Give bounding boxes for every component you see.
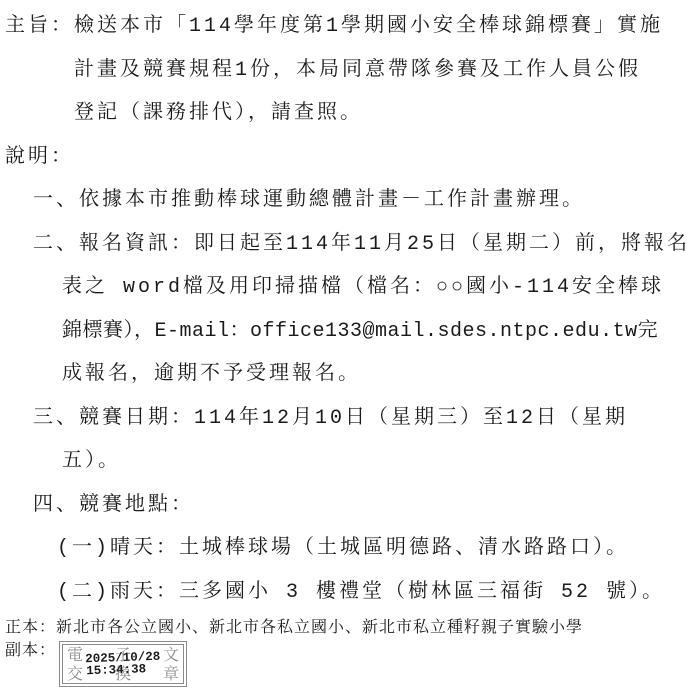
item-4-number: 四、 [33, 494, 79, 517]
original-recipient-row: 正本：新北市各公立國小、新北市各私立國小、新北市私立種籽親子實驗小學 [5, 617, 700, 640]
item-2-text-line-1: 報名資訊：即日起至114年11月25日（星期二）前，將報名 [79, 233, 690, 256]
subject-line-2: 計畫及競賽規程1份，本局同意帶隊參賽及工作人員公假 [5, 49, 700, 93]
item-1-text: 依據本市推動棒球運動總體計畫－工作計畫辦理。 [79, 189, 585, 212]
stamp-timestamp: 2025/10/28 15:34:38 [62, 643, 183, 685]
sub-item-2-text: 雨天：三多國小 3 樓禮堂（樹林區三福街 52 號）。 [110, 581, 665, 604]
subject-line-1: 檢送本市「114學年度第1學期國小安全棒球錦標賽」實施 [74, 15, 663, 38]
explanation-label: 說明： [5, 136, 700, 180]
footer: 正本：新北市各公立國小、新北市各私立國小、新北市私立種籽親子實驗小學 副本： 電… [5, 617, 700, 687]
item-3-number: 三、 [33, 407, 79, 430]
item-3-text-line-2: 五）。 [5, 440, 700, 484]
item-3-text-line-1: 競賽日期：114年12月10日（星期三）至12日（星期 [79, 407, 628, 430]
list-item-1: 一、依據本市推動棒球運動總體計畫－工作計畫辦理。 [5, 179, 700, 223]
list-item-3: 三、競賽日期：114年12月10日（星期三）至12日（星期 [5, 397, 700, 441]
copy-label: 副本： [5, 640, 56, 663]
item-2-number: 二、 [33, 233, 79, 256]
electronic-exchange-stamp-inner: 電 子 文 交 換 章 2025/10/28 15:34:38 [62, 644, 184, 684]
sub-item-1-text: 晴天：土城棒球場（土城區明德路、清水路路口）。 [110, 537, 629, 560]
subject-line-3: 登記（課務排代），請查照。 [5, 92, 700, 136]
original-label: 正本： [5, 619, 56, 637]
item-1-number: 一、 [33, 189, 79, 212]
item-2-text-line-4: 成報名，逾期不予受理報名。 [5, 353, 700, 397]
sub-item-2: (二)雨天：三多國小 3 樓禮堂（樹林區三福街 52 號）。 [5, 571, 700, 615]
item-4-text: 競賽地點： [79, 494, 194, 517]
stamp-time: 15:34:38 [86, 663, 146, 677]
list-item-2: 二、報名資訊：即日起至114年11月25日（星期二）前，將報名 [5, 223, 700, 267]
item-2-text-line-2: 表之 word檔及用印掃描檔（檔名：○○國小-114安全棒球 [5, 266, 700, 310]
sub-item-1-number: (一) [57, 537, 110, 560]
official-document-page: 主旨：檢送本市「114學年度第1學期國小安全棒球錦標賽」實施 計畫及競賽規程1份… [0, 0, 700, 690]
list-item-4: 四、競賽地點： [5, 484, 700, 528]
sub-item-1: (一)晴天：土城棒球場（土城區明德路、清水路路口）。 [5, 527, 700, 571]
original-recipients: 新北市各公立國小、新北市各私立國小、新北市私立種籽親子實驗小學 [56, 619, 583, 637]
electronic-exchange-stamp: 電 子 文 交 換 章 2025/10/28 15:34:38 [59, 641, 187, 687]
subject-row: 主旨：檢送本市「114學年度第1學期國小安全棒球錦標賽」實施 [5, 5, 700, 49]
copy-recipient-row: 副本： 電 子 文 交 換 章 2025/10/28 15:34: [5, 640, 700, 687]
sub-item-2-number: (二) [57, 581, 110, 604]
subject-label: 主旨： [5, 15, 74, 38]
item-2-text-line-3: 錦標賽），E-mail：office133@mail.sdes.ntpc.edu… [5, 310, 700, 354]
